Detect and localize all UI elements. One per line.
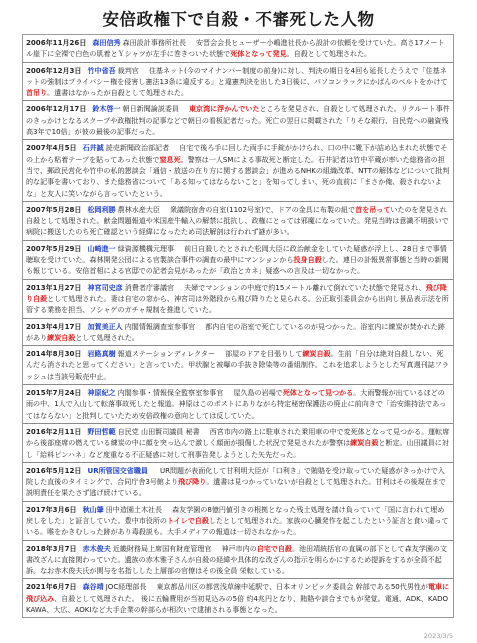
entry-role: 消費者庁審議官 — [125, 283, 174, 292]
entry-text: として処理された。妻は自宅の窓から、神宮司は外階段から飛び降りたと見られる。公正… — [26, 294, 449, 314]
entry-role: 森田設計事務所社長 — [123, 38, 186, 47]
entries-table: 2006年11月26日森田信秀森田設計事務所社長安晋会会長ヒューザー小嶋進社長か… — [22, 34, 454, 618]
entry-role: 裁判官 — [118, 66, 139, 75]
entry-name: 神原紀之 — [87, 388, 115, 397]
entry-role: 自民党 山田賢司議員 秘書 — [118, 427, 200, 436]
entry-role: 田中造園土木社長 — [106, 505, 162, 514]
entry-name: 松岡利勝 — [87, 205, 115, 214]
entry-role: 報道ステーションディレクター — [118, 349, 215, 358]
entry-highlight: 首を吊って — [355, 205, 390, 214]
entry-highlight: トイレで自殺 — [167, 516, 209, 525]
entry-date: 2017年3月6日 — [26, 505, 77, 514]
entry-date: 2014年8月30日 — [26, 349, 81, 358]
entry-highlight: 自宅で自殺 — [257, 544, 292, 553]
entry-highlight: 首吊り — [26, 88, 47, 97]
entry-name: 野田哲範 — [87, 427, 115, 436]
table-row: 2007年5月29日山崎進一緑資源機構元理事前日自殺したとされた松岡大臣に政治献… — [23, 240, 453, 279]
entry-date: 2006年12月3日 — [26, 66, 81, 75]
footer-date: 2023/3/5 — [424, 632, 453, 640]
entry-text: 衆議院宿舎の自室(1102号室)で、ドアの金具に布製の紐で — [170, 205, 355, 214]
entry-highlight: 練炭自殺 — [350, 438, 378, 447]
entry-text: 部屋のドアを目張りして — [225, 349, 302, 358]
entry-text: 夫婦でマンションの中庭で約15メートル離れて倒れていた状態で発見され、 — [184, 283, 426, 292]
entry-text: 。自殺として処理された。 — [287, 49, 372, 58]
entry-name: 森谷靖 — [83, 582, 104, 591]
entry-name: 竹中省吾 — [87, 66, 115, 75]
entry-role: 農林水産大臣 — [118, 205, 160, 214]
entry-date: 2016年2月11日 — [26, 427, 81, 436]
entry-name: 山崎進一 — [87, 244, 115, 253]
entry-date: 2007年5月29日 — [26, 244, 81, 253]
entry-date: 2007年4月5日 — [26, 143, 77, 152]
entry-highlight: 死体となって発見 — [230, 49, 286, 58]
table-row: 2015年7月24日神原紀之内閣参事・情報保全監察室参事官屋久島の岩場で死体とな… — [23, 384, 453, 423]
table-row: 2006年11月26日森田信秀森田設計事務所社長安晋会会長ヒューザー小嶋進社長か… — [23, 35, 453, 62]
table-row: 2017年3月6日秋山肇田中造園土木社長森友学園の8億円値引きの根拠となった残土… — [23, 501, 453, 540]
entry-highlight: 窒息死 — [159, 155, 180, 164]
page-title: 安倍政権下で自殺・不審死した人物 — [0, 6, 477, 30]
entry-highlight: 死体となって見つかる — [283, 388, 353, 397]
entry-name: 赤木俊夫 — [83, 544, 111, 553]
entry-date: 2007年5月28日 — [26, 205, 81, 214]
entry-date: 2021年6月7日 — [26, 582, 77, 591]
entry-date: 2018年3月7日 — [26, 544, 77, 553]
table-row: 2007年5月28日松岡利勝農林水産大臣衆議院宿舎の自室(1102号室)で、ドア… — [23, 201, 453, 240]
entry-role: 朝日新聞論説委員 — [123, 104, 179, 113]
entry-text: 屋久島の岩場で — [233, 388, 282, 397]
entry-text: 東京都品川区の都営浅草線中延駅で、日本オリンピック委員会 幹部である50代男性が — [156, 582, 428, 591]
entry-highlight: 練炭自殺 — [47, 333, 75, 342]
entry-role: 内閣参事・情報保全監察室参事官 — [118, 388, 224, 397]
entry-role: 緑資源機構元理事 — [118, 244, 174, 253]
table-row: 2013年1月27日神宮司史彦消費者庁審議官夫婦でマンションの中庭で約15メート… — [23, 279, 453, 318]
table-row: 2013年4月17日加賀美正人内閣情報調査室参事官都内自宅の浴室で死亡しているの… — [23, 318, 453, 346]
entry-name: 石井誠 — [83, 143, 104, 152]
entry-name: 秋山肇 — [83, 505, 104, 514]
table-row: 2006年12月17日鈴木啓一朝日新聞論説委員東京湾に浮かんでいたところを発見さ… — [23, 100, 453, 139]
entry-text: 神戸市内の — [221, 544, 256, 553]
entry-name: UR所管国交省職員 — [87, 466, 147, 475]
entry-text: 、自殺として処理された。 後に五輪費用が当初見込みの5倍 約4兆円となり、賄賂や… — [26, 594, 448, 614]
entry-role: 読売新聞政治部記者 — [106, 143, 169, 152]
entry-highlight: 投身自殺 — [293, 255, 321, 264]
entry-date: 2006年11月26日 — [26, 38, 86, 47]
table-row: 2014年8月30日岩路真樹報道ステーションディレクター部屋のドアを目張りして練… — [23, 345, 453, 384]
entry-date: 2006年12月17日 — [26, 104, 86, 113]
table-row: 2016年2月11日野田哲範自民党 山田賢司議員 秘書西宮市内の路上に駐車された… — [23, 423, 453, 462]
table-row: 2021年6月7日森谷靖JOC経理部長東京都品川区の都営浅草線中延駅で、日本オリ… — [23, 578, 453, 617]
entry-date: 2013年1月27日 — [26, 283, 81, 292]
entry-name: 加賀美正人 — [87, 322, 122, 331]
entry-text: として処理された。 — [75, 333, 138, 342]
entry-name: 森田信秀 — [92, 38, 120, 47]
entry-name: 神宮司史彦 — [87, 283, 122, 292]
entry-highlight: 練炭自殺 — [302, 349, 330, 358]
entry-name: 鈴木啓一 — [92, 104, 120, 113]
entry-date: 2016年5月12日 — [26, 466, 81, 475]
entry-role: 内閣情報調査室参事官 — [125, 322, 195, 331]
entry-highlight: 東京湾に浮かんでいた — [189, 104, 259, 113]
entry-role: 近畿財務局上席国有財産管理官 — [113, 544, 212, 553]
entry-name: 岩路真樹 — [87, 349, 115, 358]
entry-date: 2015年7月24日 — [26, 388, 81, 397]
table-row: 2006年12月3日竹中省吾裁判官住基ネット(今のマイナンバー制度の前身)に対し… — [23, 62, 453, 101]
entry-role: JOC経理部長 — [106, 582, 147, 591]
table-row: 2007年4月5日石井誠読売新聞政治部記者自宅で後ろ手に回した両手に手錠がかけら… — [23, 139, 453, 200]
table-row: 2016年5月12日UR所管国交省職員UR問題が表面化して甘利明大臣が「口利き」… — [23, 462, 453, 501]
entry-text: 。遺書はなかったが自殺として処理された。 — [47, 88, 188, 97]
entry-highlight: 飛び降り — [178, 477, 206, 486]
entry-date: 2013年4月17日 — [26, 322, 81, 331]
table-row: 2018年3月7日赤木俊夫近畿財務局上席国有財産管理官神戸市内の自宅で自殺。池田… — [23, 540, 453, 579]
